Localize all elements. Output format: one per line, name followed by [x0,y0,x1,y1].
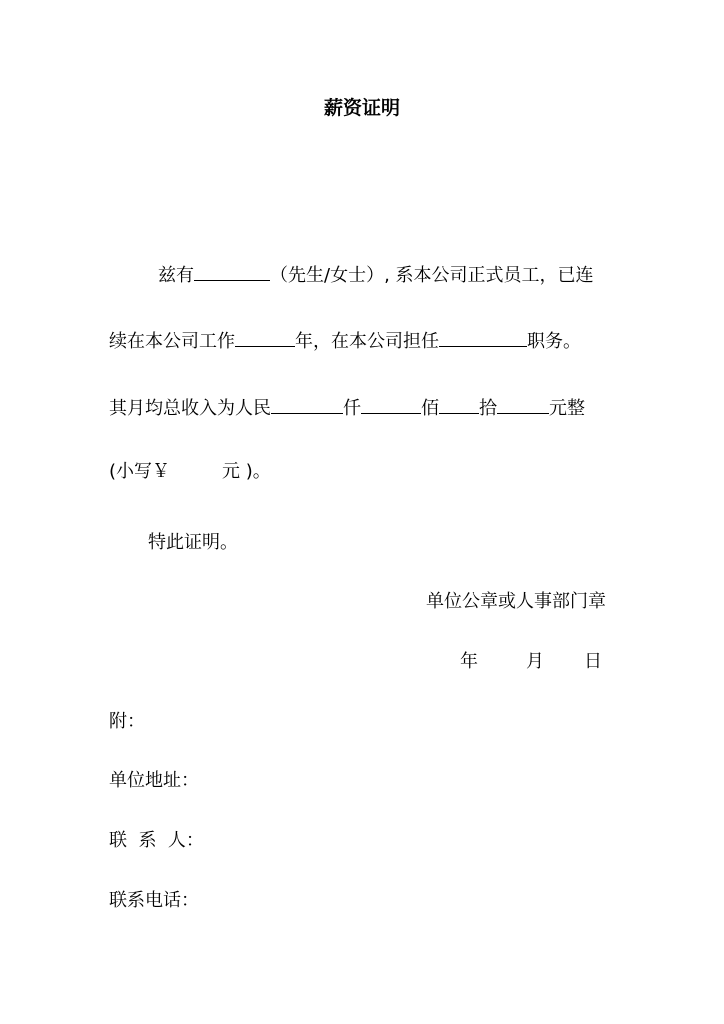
tenure-suffix: 职务。 [527,331,581,352]
paragraph-amount-lowercase: (小写￥元 )。 [109,460,271,484]
tenure-prefix: 续在本公司工作 [109,331,235,352]
attachment-label: 附： [109,710,145,734]
shi-label: 拾 [479,398,497,419]
document-title: 薪资证明 [0,96,724,120]
intro-prefix: 兹有 [158,265,194,286]
paragraph-income: 其月均总收入为人民仟佰拾元整 [109,395,585,421]
contact-label: 联 系 人： [109,829,204,853]
position-blank[interactable] [439,328,527,347]
income-shi-blank[interactable] [497,395,549,414]
lowercase-suffix: 元 )。 [222,461,271,482]
years-blank[interactable] [235,328,295,347]
income-qian-blank[interactable] [361,395,421,414]
paragraph-intro: 兹有（先生/女士）, 系本公司正式员工，已连 [158,262,594,288]
income-suffix: 元整 [549,398,585,419]
paragraph-tenure: 续在本公司工作年，在本公司担任职务。 [109,328,581,354]
intro-mid: （先生/女士）, 系本公司正式员工，已连 [270,265,594,286]
date-month: 月 [526,651,544,672]
seal-label: 单位公章或人事部门章 [426,590,606,614]
qian-label: 仟 [343,398,361,419]
income-prefix: 其月均总收入为人民 [109,398,271,419]
income-wan-blank[interactable] [271,395,343,414]
date-day: 日 [584,651,602,672]
bai-label: 佰 [421,398,439,419]
lowercase-prefix: (小写￥ [109,461,170,482]
address-label: 单位地址： [109,769,199,793]
date-year: 年 [460,651,478,672]
date-line: 年月日 [460,650,602,674]
phone-label: 联系电话： [109,889,199,913]
certify-text: 特此证明。 [148,531,238,555]
income-bai-blank[interactable] [439,395,479,414]
tenure-year-label: 年，在本公司担任 [295,331,439,352]
name-blank[interactable] [194,262,270,281]
